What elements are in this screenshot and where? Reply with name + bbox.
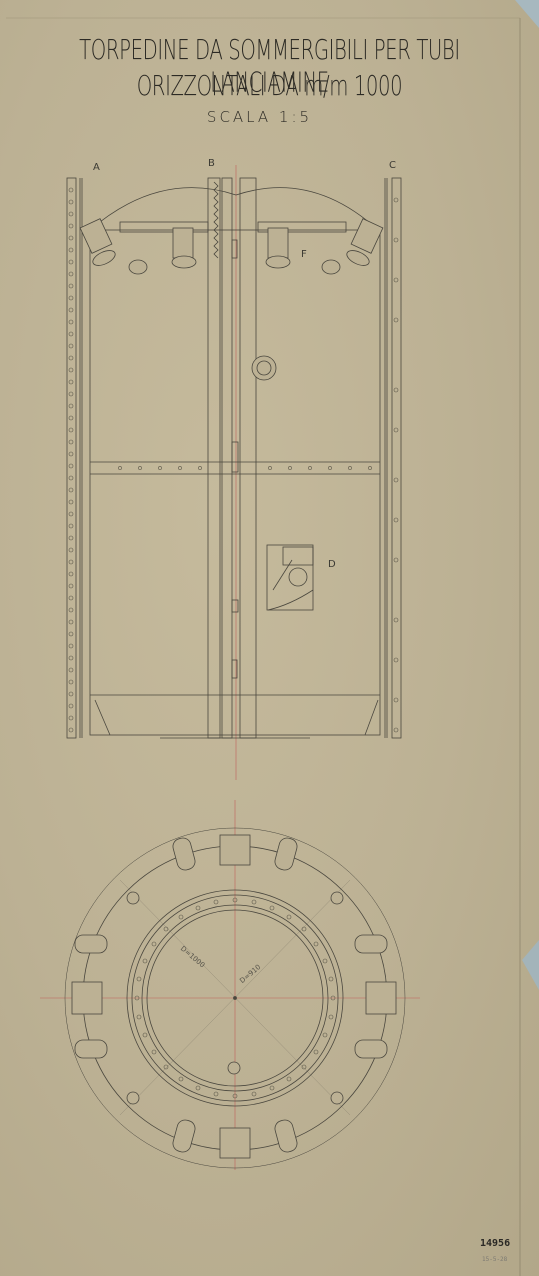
- section-label-d: D: [328, 559, 336, 570]
- section-label-c: C: [389, 160, 396, 171]
- rail-rivets: [69, 188, 398, 732]
- elevation-view: [67, 165, 401, 780]
- torn-corner-right: [522, 940, 539, 990]
- archive-number: 14956: [480, 1238, 510, 1249]
- section-label-a: A: [93, 162, 100, 173]
- section-label-f: F: [301, 249, 307, 260]
- plan-view: [40, 800, 420, 1170]
- torn-corner-top: [515, 0, 539, 28]
- archive-stamp-date: 15-5-28: [482, 1256, 507, 1263]
- drawing-title-line-2: ORIZZONTALI DA m/m 1000: [49, 70, 491, 102]
- technical-drawing: [0, 0, 539, 1276]
- drawing-scale: SCALA 1:5: [0, 108, 529, 126]
- blueprint-sheet: TORPEDINE DA SOMMERGIBILI PER TUBI LANCI…: [0, 0, 539, 1276]
- section-label-b: B: [208, 158, 215, 169]
